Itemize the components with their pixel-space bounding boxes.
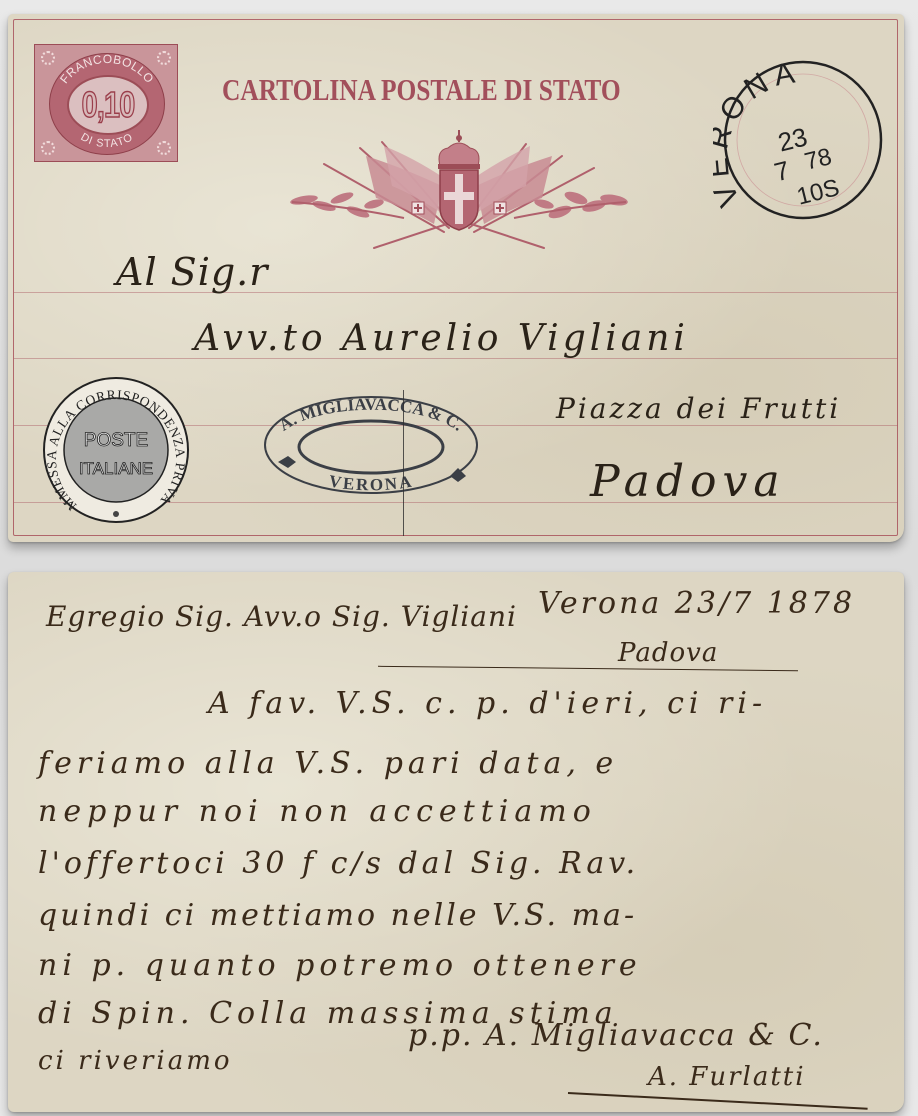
- savoy-emblem-icon: [284, 128, 634, 250]
- migliavacca-cachet: A. MIGLIAVACCA & C. VERONA: [260, 392, 482, 498]
- letter-date: Verona 23/7 1878: [538, 586, 855, 621]
- stamp-value-oval: 0,10: [67, 75, 149, 135]
- address-city: Padova: [590, 456, 786, 507]
- imprinted-stamp: FRANCOBOLLO DI STATO 0,10: [34, 44, 178, 162]
- signature-name: A. Furlatti: [648, 1062, 806, 1092]
- letter-line: A fav. V.S. c. p. d'ieri, ci ri-: [208, 686, 767, 721]
- underline-stroke: [378, 666, 798, 671]
- cachet-ornament-icon: [450, 468, 466, 482]
- letter-line: quindi ci mettiamo nelle V.S. ma-: [38, 898, 637, 933]
- letter-header-city: Padova: [618, 638, 718, 668]
- letter-line: neppur noi non accettiamo: [38, 794, 597, 829]
- svg-text:10S: 10S: [794, 174, 842, 211]
- verona-postmark: VERONA 23 7 78 10S: [713, 50, 893, 230]
- pen-stroke: [403, 390, 404, 536]
- postcard-back: Egregio Sig. Avv.o Sig. Vigliani Verona …: [8, 572, 904, 1112]
- svg-text:A. MIGLIAVACCA & C.: A. MIGLIAVACCA & C.: [275, 395, 467, 435]
- address-salutation: Al Sig.r: [116, 250, 268, 294]
- signature-company: p.p. A. Migliavacca & C.: [408, 1018, 824, 1053]
- letter-greeting: Egregio Sig. Avv.o Sig. Vigliani: [46, 600, 517, 633]
- letter-line: ni p. quanto potremo ottenere: [38, 948, 642, 983]
- address-name: Avv.to Aurelio Vigliani: [194, 318, 689, 359]
- postcard-front: FRANCOBOLLO DI STATO 0,10 CARTOLINA POST…: [8, 14, 904, 542]
- cachet-ornament-icon: [278, 456, 296, 468]
- svg-text:7: 7: [771, 155, 792, 188]
- star-icon: [113, 511, 119, 517]
- letter-line: ci riveriamo: [38, 1046, 233, 1076]
- svg-text:VERONA: VERONA: [327, 471, 414, 494]
- letter-line: l'offertoci 30 f c/s dal Sig. Rav.: [38, 846, 639, 881]
- signature-flourish: [568, 1092, 868, 1109]
- stamp-value: 0,10: [82, 87, 135, 123]
- card-title: CARTOLINA POSTALE DI STATO: [222, 72, 616, 108]
- letter-line: feriamo alla V.S. pari data, e: [38, 746, 618, 781]
- svg-text:POSTE: POSTE: [84, 430, 148, 451]
- svg-text:78: 78: [802, 143, 834, 176]
- svg-text:ITALIANE: ITALIANE: [79, 459, 153, 478]
- poste-italiane-seal: AMMESSA ALLA CORRISPONDENZA PRIVATA POST…: [40, 374, 192, 526]
- address-street: Piazza dei Frutti: [556, 392, 841, 425]
